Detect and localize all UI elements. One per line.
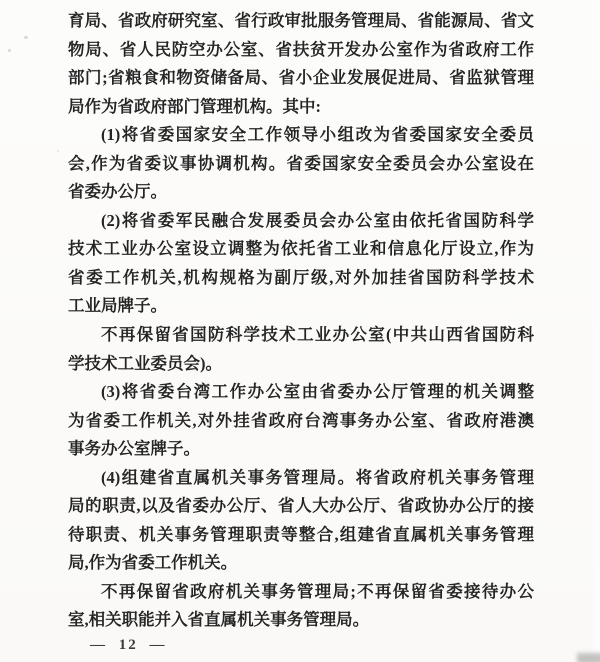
text-line: (3)将省委台湾工作办公室由省委办公厅管理的机关调整 <box>68 378 534 407</box>
text-line: 会,作为省委议事协调机构。省委国家安全委员会办公室设在 <box>68 150 534 179</box>
text-line: 不再保留省国防科学技术工业办公室(中共山西省国防科 <box>68 321 534 350</box>
text-line: 局作为省政府部门管理机构。其中: <box>68 93 534 122</box>
page-number: — 12 — <box>90 634 167 656</box>
scan-speck <box>57 150 59 152</box>
text-line: 省委工作机关,机构规格为副厅级,对外加挂省国防科学技术 <box>68 264 534 293</box>
text-line: 技术工业办公室设立调整为依托省工业和信息化厅设立,作为 <box>68 235 534 264</box>
text-line: 物局、省人民防空办公室、省扶贫开发办公室作为省政府工作 <box>68 36 534 65</box>
text-line: 局,作为省委工作机关。 <box>68 549 534 578</box>
text-line: 工业局牌子。 <box>68 292 534 321</box>
text-line: (4)组建省直属机关事务管理局。将省政府机关事务管理 <box>68 464 534 493</box>
scan-edge-highlight <box>593 0 600 662</box>
scanned-document-page: 育局、省政府研究室、省行政审批服务管理局、省能源局、省文物局、省人民防空办公室、… <box>0 0 600 662</box>
scan-speck <box>8 49 11 52</box>
text-line: 部门;省粮食和物资储备局、省小企业发展促进局、省监狱管理 <box>68 64 534 93</box>
scan-shadow <box>577 653 600 662</box>
text-line: 不再保留省政府机关事务管理局;不再保留省委接待办公 <box>68 578 534 607</box>
text-line: 为省委工作机关,对外挂省政府台湾事务办公室、省政府港澳 <box>68 407 534 436</box>
text-line: 局的职责,以及省委办公厅、省人大办公厅、省政协办公厅的接 <box>68 492 534 521</box>
text-line: (2)将省委军民融合发展委员会办公室由依托省国防科学 <box>68 207 534 236</box>
text-line: (1)将省委国家安全工作领导小组改为省委国家安全委员 <box>68 121 534 150</box>
document-body: 育局、省政府研究室、省行政审批服务管理局、省能源局、省文物局、省人民防空办公室、… <box>68 7 534 635</box>
text-line: 育局、省政府研究室、省行政审批服务管理局、省能源局、省文 <box>68 7 534 36</box>
text-line: 室,相关职能并入省直属机关事务管理局。 <box>68 606 534 635</box>
text-line: 待职责、机关事务管理职责等整合,组建省直属机关事务管理 <box>68 521 534 550</box>
text-line: 事务办公室牌子。 <box>68 435 534 464</box>
text-line: 省委办公厅。 <box>68 178 534 207</box>
text-line: 学技术工业委员会)。 <box>68 350 534 379</box>
scan-speck <box>24 36 28 39</box>
